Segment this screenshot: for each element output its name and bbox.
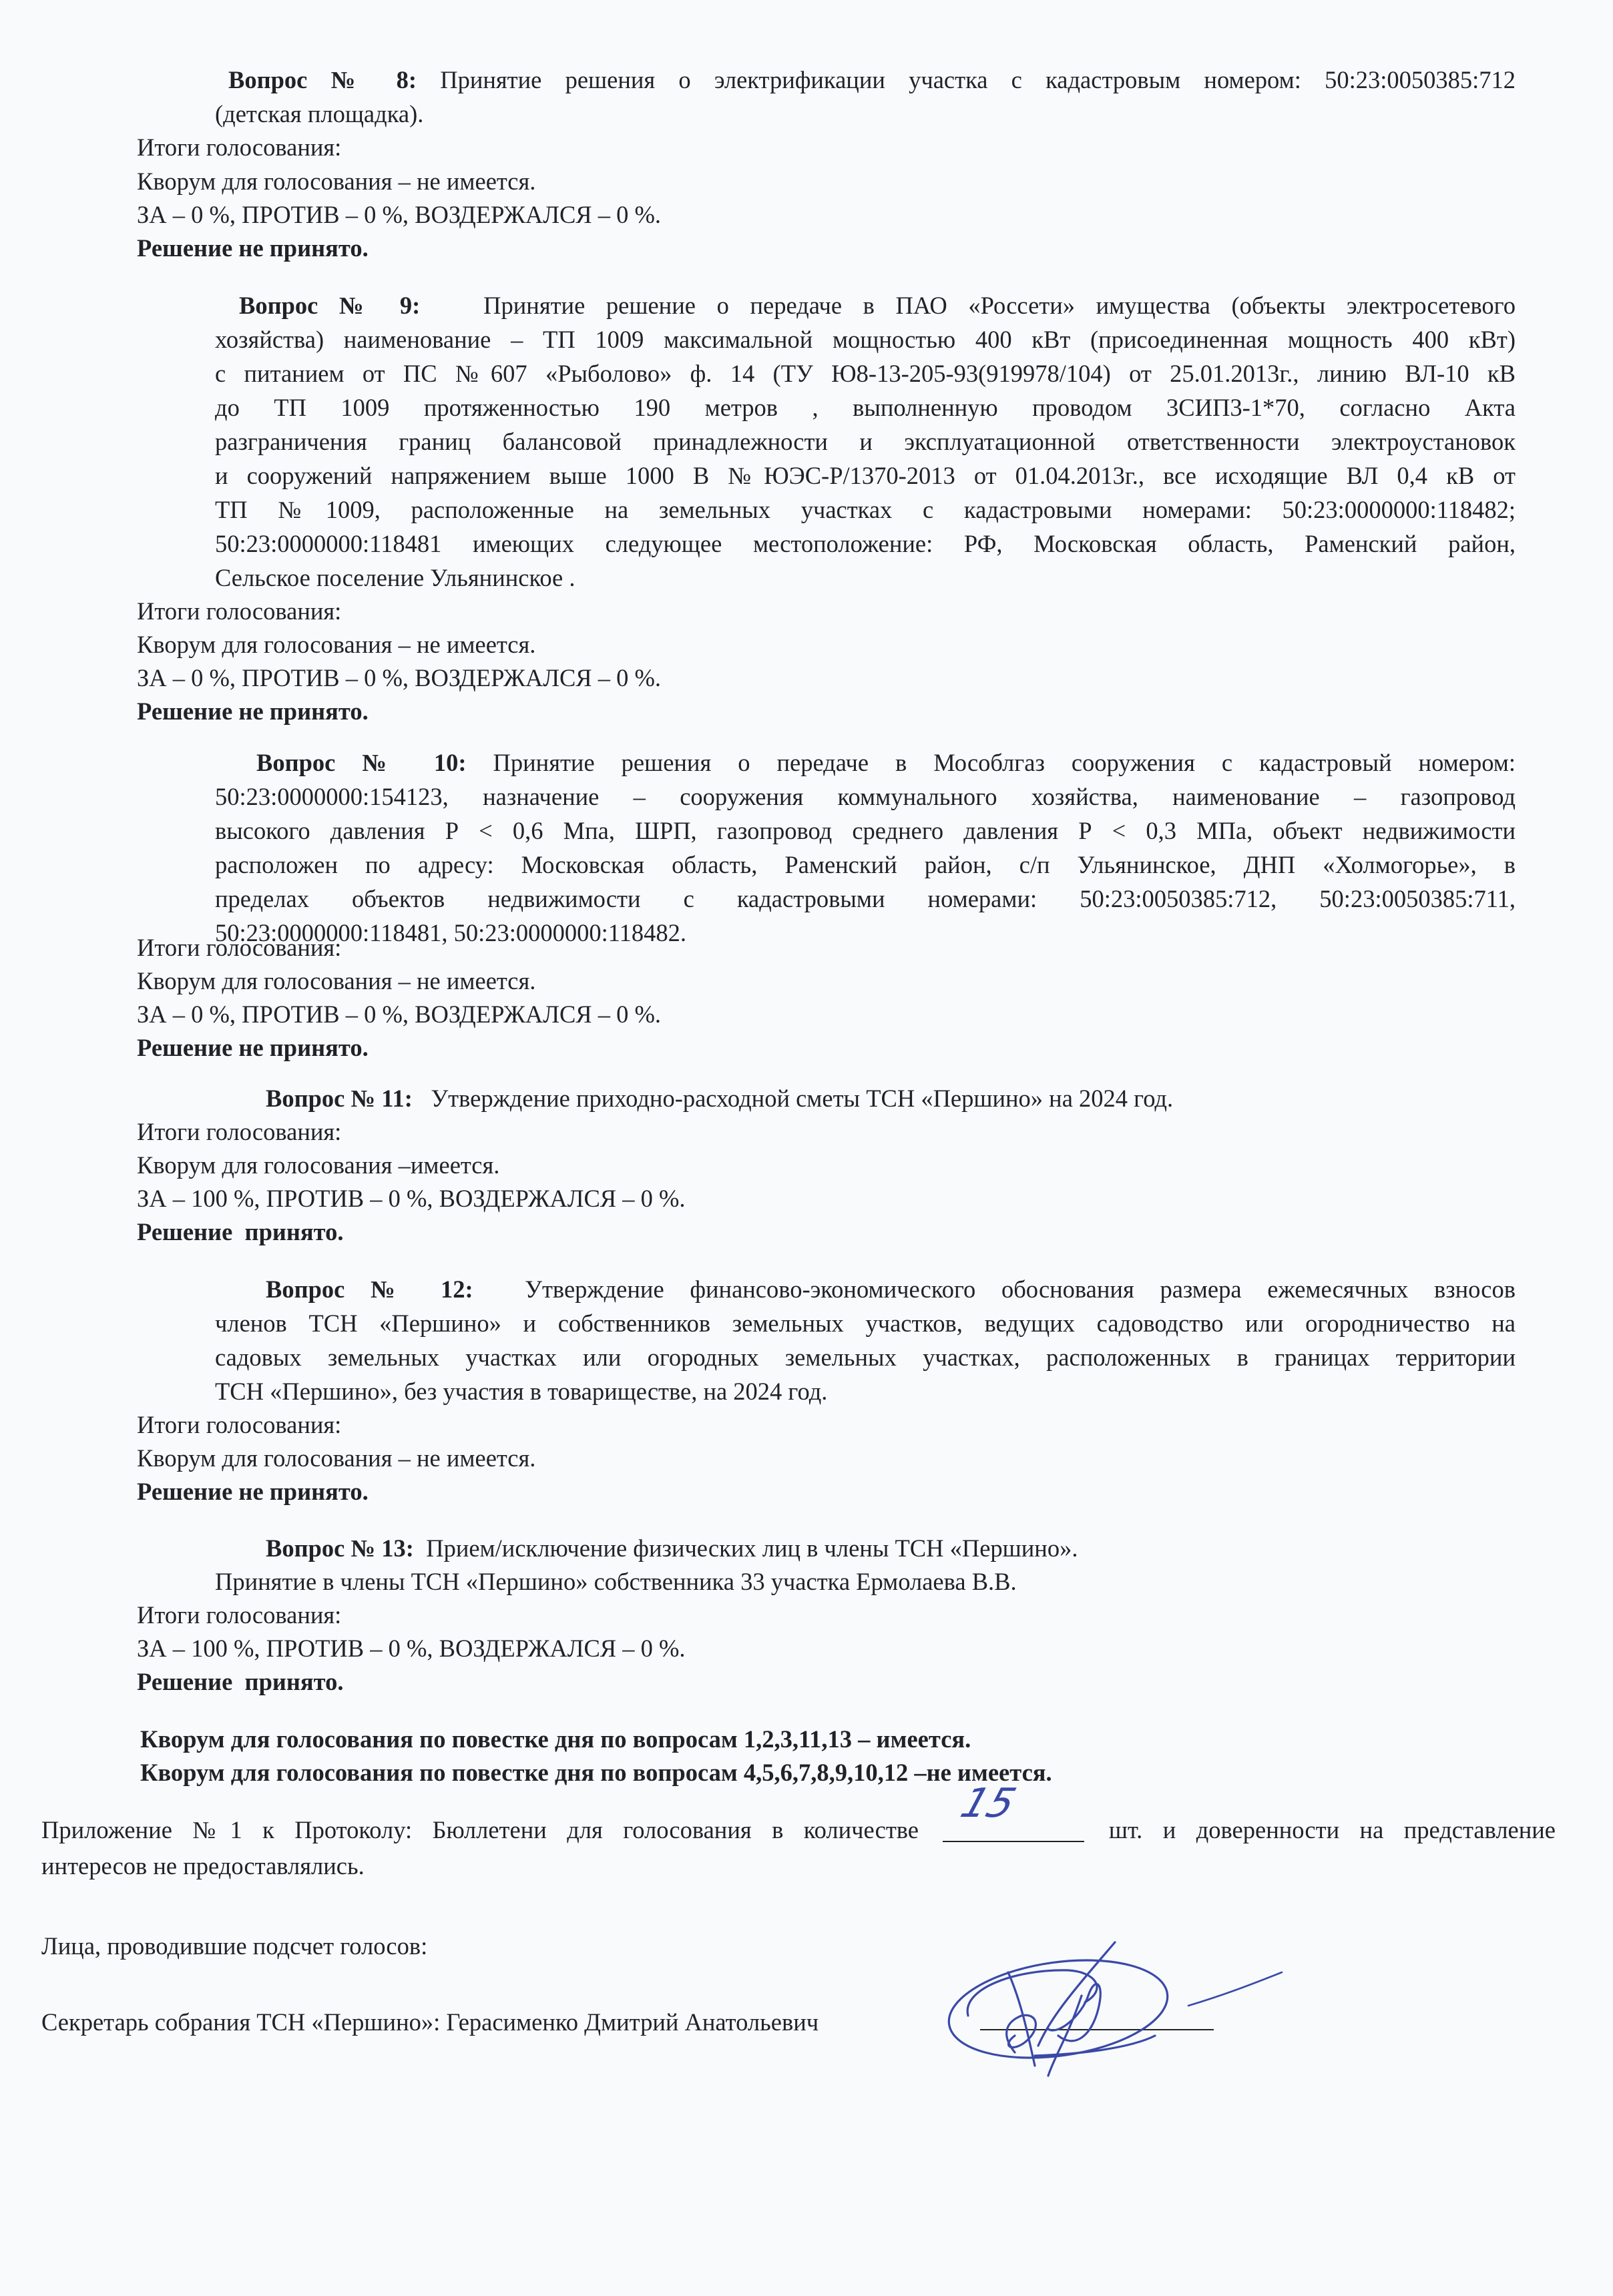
quorum-status: Кворум для голосования – не имеется.	[137, 630, 535, 659]
quorum-status: Кворум для голосования – не имеется.	[137, 1444, 535, 1473]
question-number: Вопрос № 9:	[239, 292, 420, 319]
secretary-label: Секретарь собрания ТСН «Першино»: Гераси…	[41, 2008, 819, 2037]
vote-results: ЗА – 0 %, ПРОТИВ – 0 %, ВОЗДЕРЖАЛСЯ – 0 …	[137, 1000, 661, 1029]
question-10-text-line: высокого давления Р < 0,6 Мпа, ШРП, газо…	[215, 816, 1516, 846]
document-page: Вопрос № 8: Принятие решения о электрифи…	[0, 0, 1613, 2296]
quorum-status: Кворум для голосования – не имеется.	[137, 167, 535, 196]
question-number: Вопрос № 10:	[256, 749, 467, 776]
question-10-text-line: пределах объектов недвижимости с кадастр…	[215, 884, 1516, 914]
appendix-line-2: интересов не предоставлялись.	[41, 1851, 365, 1881]
signature-icon	[941, 1936, 1315, 2089]
quorum-absent-summary: Кворум для голосования по повестке дня п…	[140, 1758, 1052, 1787]
ballot-count-field: 15	[943, 1818, 1084, 1842]
results-label: Итоги голосования:	[137, 1601, 341, 1630]
question-8-text-line: (детская площадка).	[215, 99, 423, 129]
question-12-text-line: садовых земельных участках или огородных…	[215, 1343, 1516, 1372]
decision: Решение принято.	[137, 1217, 344, 1247]
question-9-text-line: Сельское поселение Ульянинское .	[215, 563, 575, 593]
decision: Решение принято.	[137, 1667, 344, 1697]
results-label: Итоги голосования:	[137, 1117, 341, 1147]
quorum-status: Кворум для голосования –имеется.	[137, 1151, 499, 1180]
question-13-text-line: Принятие в члены ТСН «Першино» собственн…	[215, 1567, 1017, 1597]
vote-counters-label: Лица, проводившие подсчет голосов:	[41, 1932, 427, 1961]
question-8-heading: Вопрос № 8: Принятие решения о электрифи…	[228, 65, 1516, 95]
question-12-heading: Вопрос № 12: Утверждение финансово-эконо…	[266, 1275, 1516, 1304]
results-label: Итоги голосования:	[137, 1410, 341, 1440]
question-number: Вопрос № 8:	[228, 66, 417, 93]
question-9-text-line: с питанием от ПС №607 «Рыболово» ф. 14 (…	[215, 359, 1516, 388]
question-9-heading: Вопрос № 9: Принятие решение о передаче …	[239, 291, 1516, 320]
question-number: Вопрос № 11:	[266, 1085, 413, 1112]
vote-results: ЗА – 100 %, ПРОТИВ – 0 %, ВОЗДЕРЖАЛСЯ – …	[137, 1184, 686, 1213]
question-10-text-line: расположен по адресу: Московская область…	[215, 850, 1516, 880]
appendix-line: Приложение №1 к Протоколу: Бюллетени для…	[41, 1815, 1556, 1845]
results-label: Итоги голосования:	[137, 133, 341, 162]
question-12-text-line: членов ТСН «Першино» и собственников зем…	[215, 1309, 1516, 1338]
decision: Решение не принято.	[137, 1477, 369, 1506]
ballot-count-handwritten: 15	[958, 1789, 1019, 1818]
quorum-present-summary: Кворум для голосования по повестке дня п…	[140, 1725, 971, 1754]
question-9-text-line: ТП №1009, расположенные на земельных уча…	[215, 495, 1516, 525]
quorum-status: Кворум для голосования – не имеется.	[137, 966, 535, 996]
results-label: Итоги голосования:	[137, 597, 341, 626]
question-12-text-line: ТСН «Першино», без участия в товариществ…	[215, 1377, 827, 1406]
results-label: Итоги голосования:	[137, 933, 341, 962]
question-13-heading: Вопрос № 13: Прием/исключение физических…	[266, 1534, 1078, 1563]
question-9-text-line: 50:23:0000000:118481 имеющих следующее м…	[215, 529, 1516, 559]
question-9-text-line: и сооружений напряжением выше 1000 В №ЮЭ…	[215, 461, 1516, 491]
question-9-text-line: до ТП 1009 протяженностью 190 метров , в…	[215, 393, 1516, 422]
question-number: Вопрос № 12:	[266, 1275, 473, 1303]
vote-results: ЗА – 100 %, ПРОТИВ – 0 %, ВОЗДЕРЖАЛСЯ – …	[137, 1634, 686, 1663]
question-9-text-line: разграничения границ балансовой принадле…	[215, 427, 1516, 457]
question-10-text-line: 50:23:0000000:154123, назначение – соору…	[215, 782, 1516, 812]
question-number: Вопрос № 13:	[266, 1534, 414, 1562]
vote-results: ЗА – 0 %, ПРОТИВ – 0 %, ВОЗДЕРЖАЛСЯ – 0 …	[137, 200, 661, 230]
question-11-heading: Вопрос № 11: Утверждение приходно-расход…	[266, 1084, 1173, 1113]
question-9-text-line: хозяйства) наименование – ТП 1009 максим…	[215, 325, 1516, 354]
question-10-heading: Вопрос № 10: Принятие решения о передаче…	[256, 748, 1516, 778]
decision: Решение не принято.	[137, 234, 369, 263]
decision: Решение не принято.	[137, 1033, 369, 1063]
vote-results: ЗА – 0 %, ПРОТИВ – 0 %, ВОЗДЕРЖАЛСЯ – 0 …	[137, 663, 661, 693]
decision: Решение не принято.	[137, 697, 369, 726]
